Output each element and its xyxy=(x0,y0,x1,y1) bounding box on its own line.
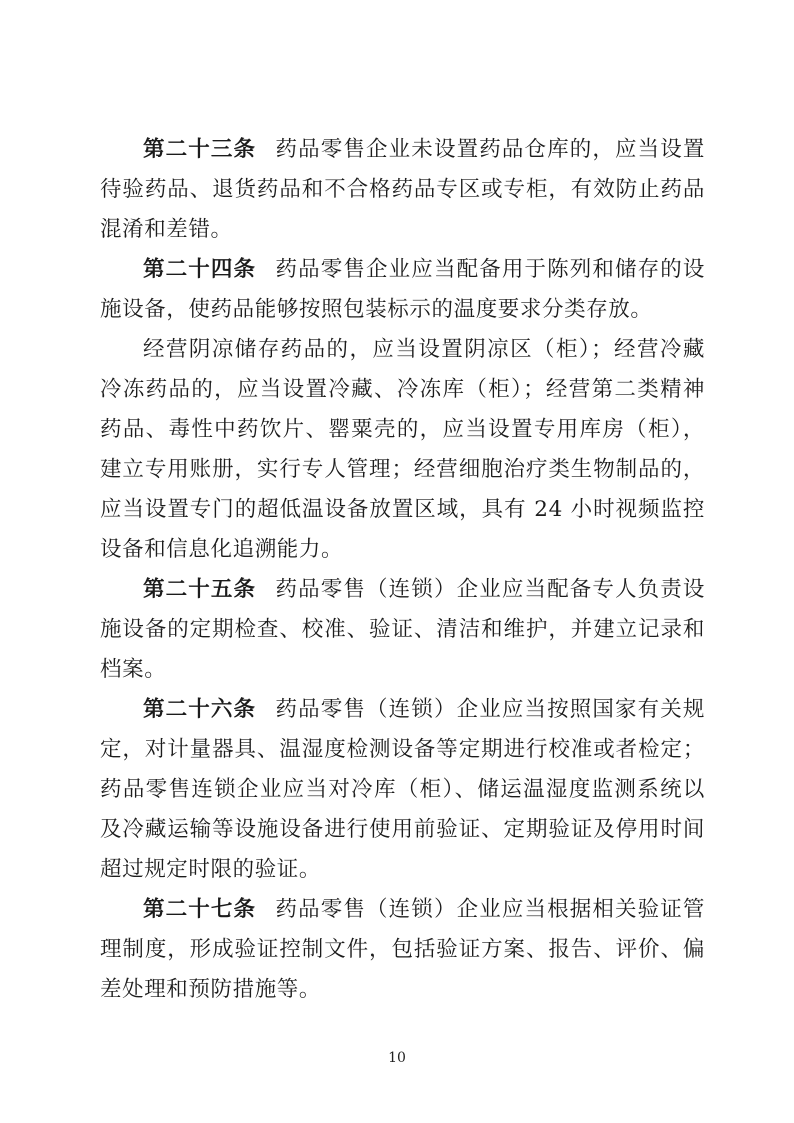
document-body: 第二十三条药品零售企业未设置药品仓库的，应当设置待验药品、退货药品和不合格药品专… xyxy=(100,130,705,1010)
paragraph-article-23: 第二十三条药品零售企业未设置药品仓库的，应当设置待验药品、退货药品和不合格药品专… xyxy=(100,130,705,250)
page-number: 10 xyxy=(0,1050,794,1066)
article-24-number: 第二十四条 xyxy=(143,257,256,282)
paragraph-article-24-continued: 经营阴凉储存药品的，应当设置阴凉区（柜）；经营冷藏冷冻药品的，应当设置冷藏、冷冻… xyxy=(100,330,705,570)
article-27-number: 第二十七条 xyxy=(143,897,256,922)
paragraph-article-26: 第二十六条药品零售（连锁）企业应当按照国家有关规定，对计量器具、温湿度检测设备等… xyxy=(100,690,705,890)
document-page: 第二十三条药品零售企业未设置药品仓库的，应当设置待验药品、退货药品和不合格药品专… xyxy=(0,0,794,1123)
paragraph-article-24: 第二十四条药品零售企业应当配备用于陈列和储存的设施设备，使药品能够按照包装标示的… xyxy=(100,250,705,330)
article-23-number: 第二十三条 xyxy=(143,137,256,162)
paragraph-article-25: 第二十五条药品零售（连锁）企业应当配备专人负责设施设备的定期检查、校准、验证、清… xyxy=(100,570,705,690)
article-24-continued-text: 经营阴凉储存药品的，应当设置阴凉区（柜）；经营冷藏冷冻药品的，应当设置冷藏、冷冻… xyxy=(100,337,705,562)
article-25-number: 第二十五条 xyxy=(143,577,256,602)
article-26-text: 药品零售（连锁）企业应当按照国家有关规定，对计量器具、温湿度检测设备等定期进行校… xyxy=(100,697,705,882)
paragraph-article-27: 第二十七条药品零售（连锁）企业应当根据相关验证管理制度，形成验证控制文件，包括验… xyxy=(100,890,705,1010)
article-26-number: 第二十六条 xyxy=(143,697,256,722)
